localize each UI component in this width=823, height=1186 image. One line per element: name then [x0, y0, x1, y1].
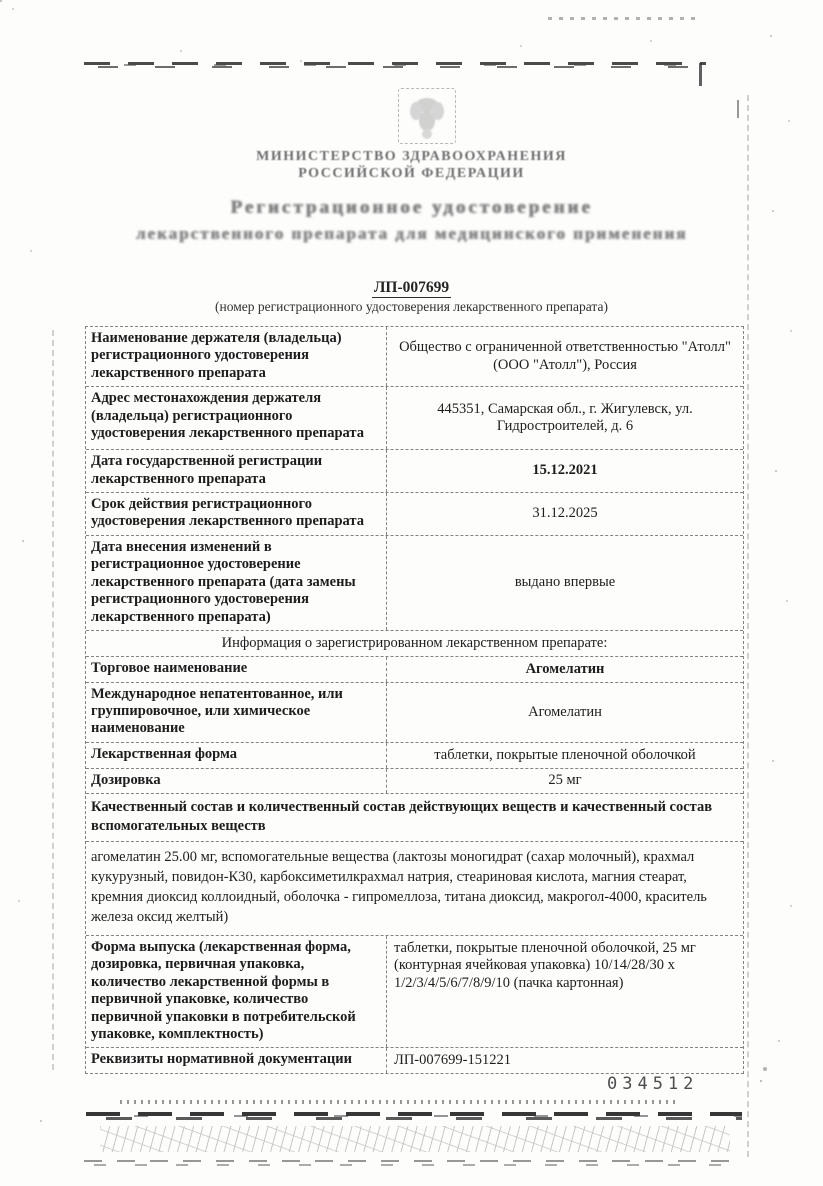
row-value-release-form: таблетки, покрытые пленочной оболочкой, … — [386, 936, 743, 1047]
row-value-holder-address: 445351, Самарская обл., г. Жигулевск, ул… — [386, 387, 743, 449]
registration-table: Наименование держателя (владельца) регис… — [85, 326, 744, 1074]
russia-coat-of-arms-emblem — [398, 88, 456, 144]
scan-smudge-top-hook-mark — [699, 63, 702, 86]
row-label-inn-name: Международное непатентованное, или групп… — [86, 683, 386, 742]
section-header-registered-drug-info: Информация о зарегистрированном лекарств… — [86, 630, 743, 656]
table-row: Торговое наименование Агомелатин — [86, 656, 743, 681]
scan-smudge-top-dotted-line — [548, 17, 698, 20]
row-value-inn-name: Агомелатин — [386, 683, 743, 742]
row-value-dosage: 25 мг — [386, 769, 743, 793]
row-value-validity-date: 31.12.2025 — [386, 493, 743, 535]
registration-number-caption: (номер регистрационного удостоверения ле… — [0, 299, 823, 315]
table-row: Адрес местонахождения держателя (владель… — [86, 386, 743, 449]
row-value-registration-date: 15.12.2021 — [386, 450, 743, 492]
ministry-line1: МИНИСТЕРСТВО ЗДРАВООХРАНЕНИЯ — [0, 148, 823, 165]
row-value-normative-docs: ЛП-007699-151221 — [386, 1048, 743, 1072]
scanned-document-page: МИНИСТЕРСТВО ЗДРАВООХРАНЕНИЯ РОССИЙСКОЙ … — [0, 0, 823, 1186]
table-row: Форма выпуска (лекарственная форма, дози… — [86, 935, 743, 1047]
row-label-dosage: Дозировка — [86, 769, 386, 793]
row-value-holder-name: Общество с ограниченной ответственностью… — [386, 327, 743, 386]
ministry-line2: РОССИЙСКОЙ ФЕДЕРАЦИИ — [0, 165, 823, 182]
row-label-validity-date: Срок действия регистрационного удостовер… — [86, 493, 386, 535]
table-row: Срок действия регистрационного удостовер… — [86, 492, 743, 535]
registration-number: ЛП-007699 — [0, 279, 823, 297]
row-label-dosage-form: Лекарственная форма — [86, 743, 386, 768]
fold-line-right — [747, 95, 749, 1157]
scan-smudge-bottom-speckles — [100, 1126, 730, 1152]
scan-smudge-top-tick-mark — [737, 100, 739, 118]
table-row: Реквизиты нормативной документации ЛП-00… — [86, 1047, 743, 1072]
row-label-amendment-date: Дата внесения изменений в регистрационно… — [86, 536, 386, 630]
table-row: Международное непатентованное, или групп… — [86, 682, 743, 742]
table-row: Дата внесения изменений в регистрационно… — [86, 535, 743, 630]
composition-heading: Качественный состав и количественный сос… — [86, 793, 743, 841]
fold-line-left — [52, 330, 54, 1070]
scan-smudge-bottom-ticks — [120, 1100, 680, 1104]
ministry-name: МИНИСТЕРСТВО ЗДРАВООХРАНЕНИЯ РОССИЙСКОЙ … — [0, 148, 823, 182]
row-value-amendment-date: выдано впервые — [386, 536, 743, 630]
row-label-holder-address: Адрес местонахождения держателя (владель… — [86, 387, 386, 449]
row-label-registration-date: Дата государственной регистрации лекарст… — [86, 450, 386, 492]
scan-speckles — [0, 0, 2, 2]
document-title-line1: Регистрационное удостоверение — [0, 197, 823, 219]
row-label-trade-name: Торговое наименование — [86, 657, 386, 681]
scan-smudge-bottom-band — [86, 1110, 742, 1122]
table-row: Дата государственной регистрации лекарст… — [86, 449, 743, 492]
row-label-holder-name: Наименование держателя (владельца) регис… — [86, 327, 386, 386]
row-value-trade-name: Агомелатин — [386, 657, 743, 681]
table-row: Дозировка 25 мг — [86, 768, 743, 793]
scan-smudge-top-band — [84, 61, 706, 70]
row-label-normative-docs: Реквизиты нормативной документации — [86, 1048, 386, 1072]
document-title-line2: лекарственного препарата для медицинског… — [0, 224, 823, 244]
row-value-dosage-form: таблетки, покрытые пленочной оболочкой — [386, 743, 743, 768]
table-row: Лекарственная форма таблетки, покрытые п… — [86, 742, 743, 768]
eagle-icon — [399, 89, 455, 143]
row-label-release-form: Форма выпуска (лекарственная форма, дози… — [86, 936, 386, 1047]
stamp-serial-number: 034512 — [607, 1074, 698, 1094]
scan-smudge-bottom-line — [84, 1158, 744, 1168]
table-row: Наименование держателя (владельца) регис… — [86, 327, 743, 386]
composition-text: агомелатин 25.00 мг, вспомогательные вещ… — [86, 841, 743, 935]
